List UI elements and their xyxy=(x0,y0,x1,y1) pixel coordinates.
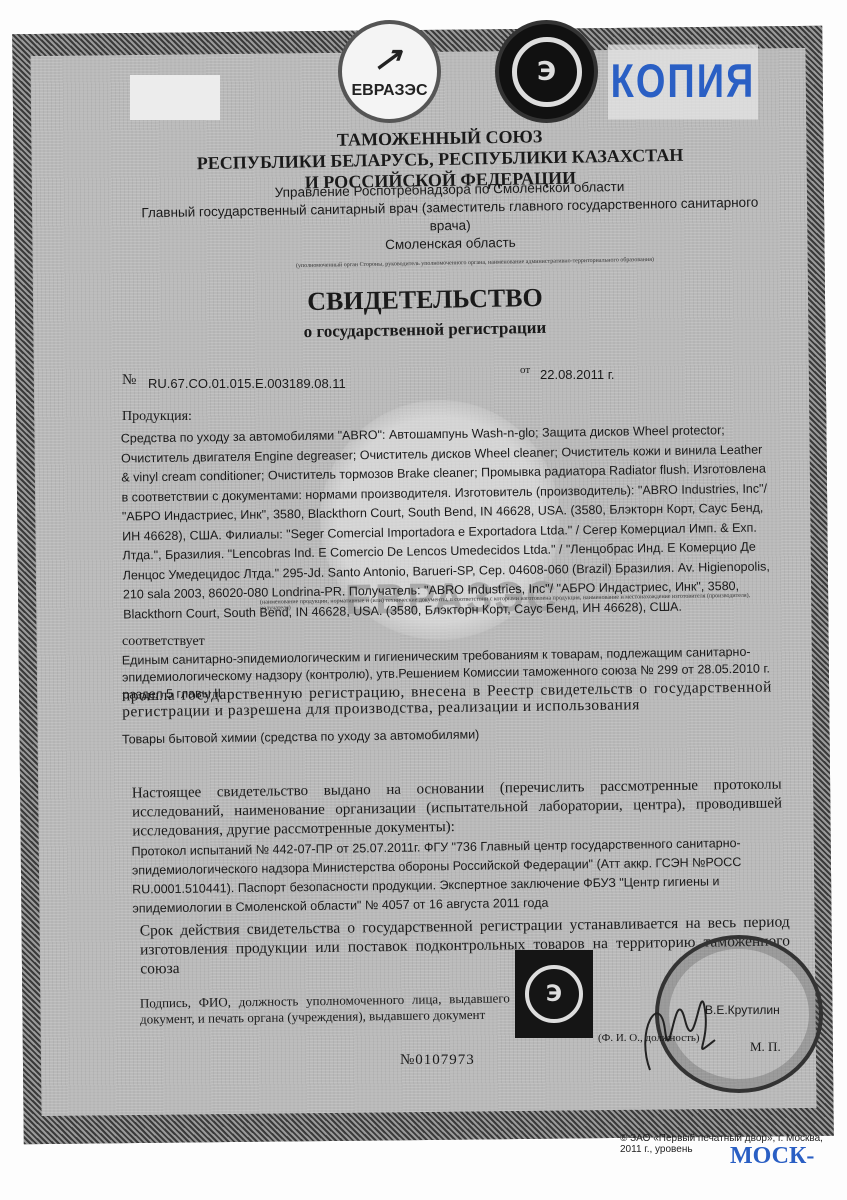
hologram-seal-icon: Э xyxy=(512,37,582,107)
basis-label: Настоящее свидетельство выдано на основа… xyxy=(132,775,783,841)
basis-documents: Протокол испытаний № 442-07-ПР от 25.07.… xyxy=(132,833,783,918)
conformity-label: соответствует xyxy=(122,634,205,650)
document-title: СВИДЕТЕЛЬСТВО xyxy=(250,282,600,318)
copy-stamp: КОПИЯ xyxy=(608,45,758,120)
form-serial-number: №0107973 xyxy=(400,1052,475,1069)
eurasec-label: ЕВРАЗЭС xyxy=(351,82,427,100)
eurasec-emblem: ↗ ЕВРАЗЭС xyxy=(338,20,441,123)
hologram-sticker-icon: Э xyxy=(525,965,583,1023)
blue-stamp-fragment: МОСК- xyxy=(730,1143,814,1170)
signer-name: В.Е.Крутилин xyxy=(705,1003,780,1017)
signature-icon xyxy=(630,970,720,1080)
seal-place-label: М. П. xyxy=(750,1039,781,1055)
product-label: Продукция: xyxy=(122,409,192,425)
eurasec-logo-icon: ↗ xyxy=(369,44,410,78)
fio-caption: (Ф. И. О., должность) xyxy=(598,1032,700,1044)
hologram-seal: Э xyxy=(495,20,598,123)
date-label: от xyxy=(520,364,530,376)
number-label: № xyxy=(122,372,136,389)
registration-number: RU.67.CO.01.015.E.003189.08.11 xyxy=(148,376,346,391)
hologram-sticker: Э xyxy=(515,950,593,1038)
issuing-agency: Управление Роспотребнадзора по Смоленско… xyxy=(139,176,760,259)
certificate-page: ↗ ЕВРАЗЭС Э КОПИЯ ТАМОЖЕННЫЙ СОЮЗ РЕСПУБ… xyxy=(0,0,847,1200)
hologram-patch xyxy=(130,75,220,120)
signature-label: Подпись, ФИО, должность уполномоченного … xyxy=(140,990,510,1027)
registration-date: 22.08.2011 г. xyxy=(540,367,614,382)
